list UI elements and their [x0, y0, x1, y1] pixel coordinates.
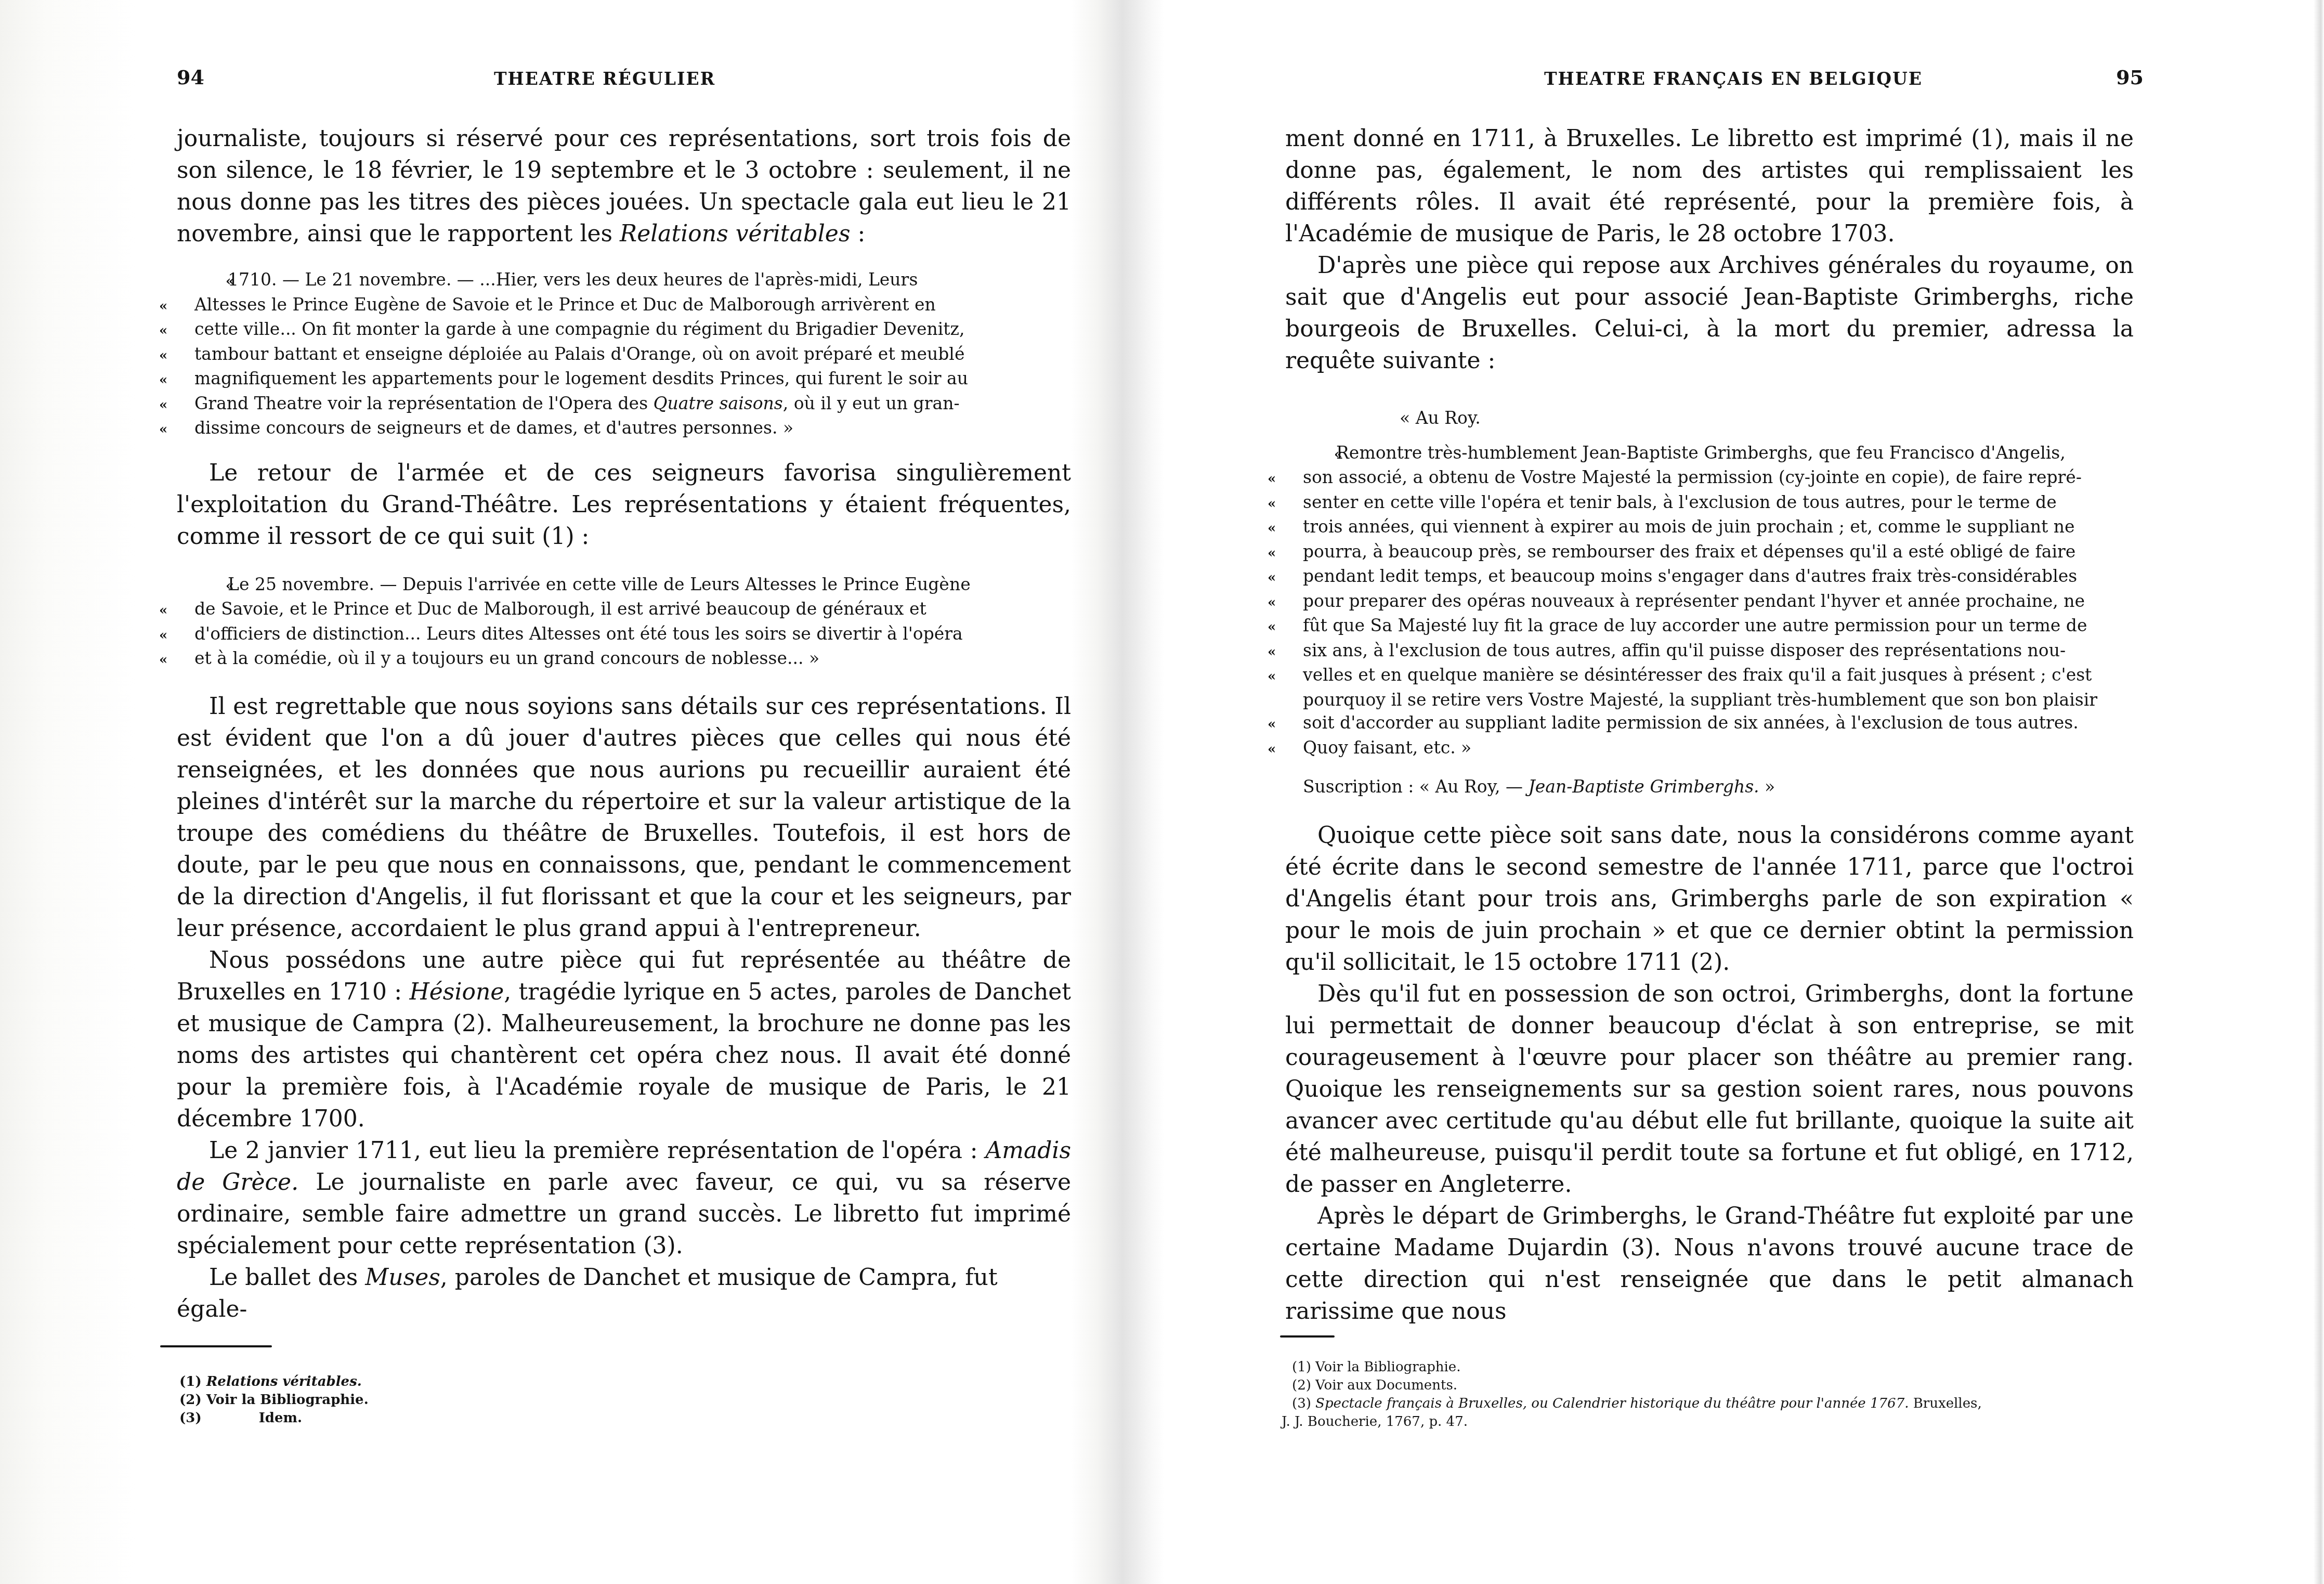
block-quote: «Le 25 novembre. — Depuis l'arrivée en c…	[177, 573, 1071, 672]
quote-line: «1710. — Le 21 novembre. — ...Hier, vers…	[177, 268, 1071, 293]
quote-line: «Quoy faisant, etc. »	[1285, 736, 2134, 761]
quote-line: «et à la comédie, où il y a toujours eu …	[177, 647, 1071, 672]
paragraph: Il est regrettable que nous soyions sans…	[177, 691, 1071, 944]
footnotes: (1) Relations véritables. (2) Voir la Bi…	[179, 1373, 369, 1427]
quote-line: «magnifiquement les appartements pour le…	[177, 367, 1071, 392]
paragraph: Après le départ de Grimberghs, le Grand-…	[1285, 1200, 2134, 1327]
paragraph: Quoique cette pièce soit sans date, nous…	[1285, 820, 2134, 978]
block-quote: «1710. — Le 21 novembre. — ...Hier, vers…	[177, 268, 1071, 442]
quote-line: «tambour battant et enseigne déploiée au…	[177, 343, 1071, 368]
book-spread: 94 THEATRE RÉGULIER journaliste, toujour…	[0, 0, 2324, 1584]
page-number: 94	[177, 66, 204, 89]
quote-line: pourquoy il se retire vers Vostre Majest…	[1285, 689, 2134, 712]
quote-line: «soit d'accorder au suppliant ladite per…	[1285, 711, 2134, 736]
left-body: journaliste, toujours si réservé pour ce…	[177, 123, 1071, 1325]
paragraph: Le ballet des Muses, paroles de Danchet …	[177, 1262, 1071, 1325]
running-head: THEATRE RÉGULIER	[494, 69, 715, 89]
quote-line: «dissime concours de seigneurs et de dam…	[177, 417, 1071, 442]
quote-line: «pendant ledit temps, et beaucoup moins …	[1285, 565, 2134, 590]
quote-line: «fût que Sa Majesté luy fit la grace de …	[1285, 614, 2134, 639]
suscription: Suscription : « Au Roy, — Jean-Baptiste …	[1285, 775, 2134, 799]
footnote-3: (3) Spectacle français à Bruxelles, ou C…	[1292, 1395, 1982, 1413]
petition-quote: «Remontre très-humblement Jean-Baptiste …	[1285, 442, 2134, 799]
paragraph: Le retour de l'armée et de ces seigneurs…	[177, 457, 1071, 552]
footnote-1: (1) Voir la Bibliographie.	[1292, 1358, 1982, 1377]
right-page: THEATRE FRANÇAIS EN BELGIQUE 95 ment don…	[1123, 0, 2324, 1584]
quote-line: «Le 25 novembre. — Depuis l'arrivée en c…	[177, 573, 1071, 598]
paragraph: Le 2 janvier 1711, eut lieu la première …	[177, 1135, 1071, 1262]
footnote-rule	[1280, 1335, 1335, 1338]
paragraph: journaliste, toujours si réservé pour ce…	[177, 123, 1071, 250]
quote-line: «pourra, à beaucoup près, se rembourser …	[1285, 540, 2134, 565]
running-head: THEATRE FRANÇAIS EN BELGIQUE	[1544, 69, 1923, 89]
paragraph: ment donné en 1711, à Bruxelles. Le libr…	[1285, 123, 2134, 250]
quote-line: «senter en cette ville l'opéra et tenir …	[1285, 491, 2134, 516]
right-body: ment donné en 1711, à Bruxelles. Le libr…	[1285, 123, 2134, 1327]
footnote-3-continued: J. J. Boucherie, 1767, p. 47.	[1282, 1413, 1982, 1431]
quote-line: «Grand Theatre voir la représentation de…	[177, 392, 1071, 417]
paragraph: D'après une pièce qui repose aux Archive…	[1285, 250, 2134, 376]
quote-line: «Remontre très-humblement Jean-Baptiste …	[1285, 442, 2134, 466]
footnote-2: (2) Voir aux Documents.	[1292, 1377, 1982, 1395]
footnote-3: (3)Idem.	[179, 1409, 369, 1427]
footnote-2: (2) Voir la Bibliographie.	[179, 1391, 369, 1409]
quote-line: «velles et en quelque manière se désinté…	[1285, 664, 2134, 689]
paragraph: Dès qu'il fut en possession de son octro…	[1285, 978, 2134, 1200]
page-number: 95	[2116, 66, 2144, 89]
footnote-rule	[160, 1345, 272, 1347]
quote-line: «d'officiers de distinction... Leurs dit…	[177, 622, 1071, 647]
footnote-1: (1) Relations véritables.	[179, 1373, 369, 1391]
quote-line: «cette ville... On fit monter la garde à…	[177, 318, 1071, 343]
quote-line: «Altesses le Prince Eugène de Savoie et …	[177, 293, 1071, 318]
address-line: « Au Roy.	[1285, 407, 2134, 430]
quote-line: «de Savoie, et le Prince et Duc de Malbo…	[177, 598, 1071, 622]
paragraph: Nous possédons une autre pièce qui fut r…	[177, 944, 1071, 1135]
footnotes: (1) Voir la Bibliographie. (2) Voir aux …	[1292, 1358, 1982, 1431]
quote-line: «pour preparer des opéras nouveaux à rep…	[1285, 590, 2134, 615]
quote-line: «son associé, a obtenu de Vostre Majesté…	[1285, 466, 2134, 491]
quote-line: «six ans, à l'exclusion de tous autres, …	[1285, 639, 2134, 664]
quote-line: «trois années, qui viennent à expirer au…	[1285, 515, 2134, 540]
left-page: 94 THEATRE RÉGULIER journaliste, toujour…	[0, 0, 1123, 1584]
